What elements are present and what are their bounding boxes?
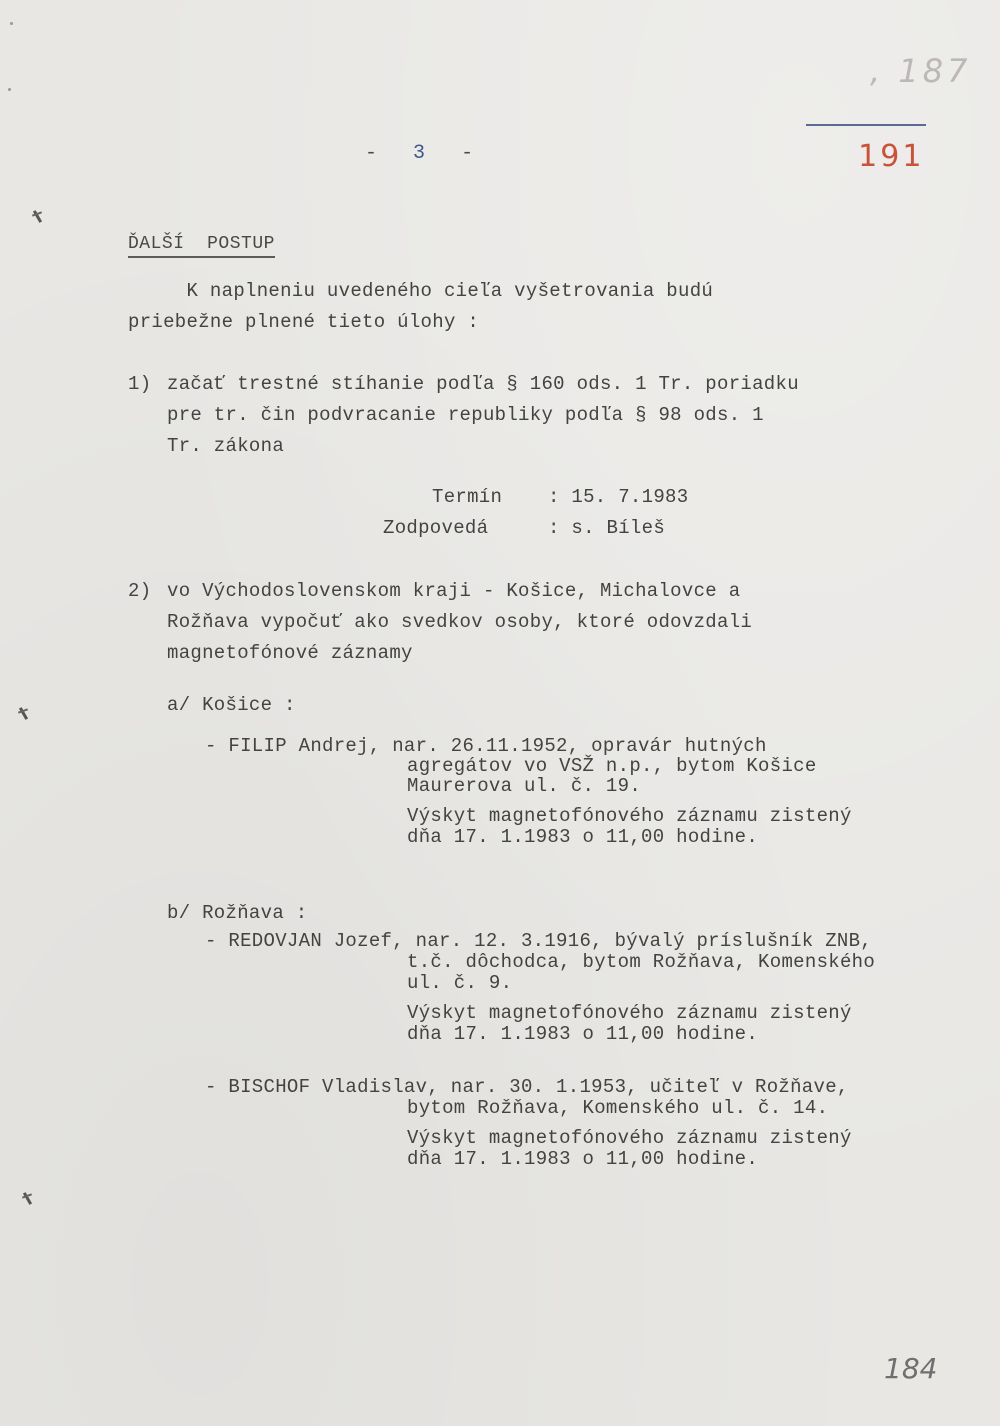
punch-mark-icon: [32, 210, 46, 224]
person-redovjan-finding-2: dňa 17. 1.1983 o 11,00 hodine.: [407, 1024, 758, 1045]
task-1-deadline-value: : 15. 7.1983: [548, 486, 688, 508]
person-redovjan-detail-2: ul. č. 9.: [407, 973, 512, 994]
page-number-dash-right: -: [461, 142, 473, 165]
task-1-line-3: Tr. zákona: [167, 435, 284, 457]
punch-mark-icon: [18, 707, 32, 721]
page-number-dash-left: -: [365, 142, 377, 165]
archive-number-bottom: 184: [884, 1352, 937, 1385]
person-bischof-finding-2: dňa 17. 1.1983 o 11,00 hodine.: [407, 1149, 758, 1170]
intro-line-1: K naplneniu uvedeného cieľa vyšetrovania…: [128, 280, 713, 302]
task-2-line-3: magnetofónové záznamy: [167, 642, 413, 664]
person-redovjan-detail-1: t.č. dôchodca, bytom Rožňava, Komenského: [407, 952, 875, 973]
page-number-digit: 3: [413, 142, 425, 165]
task-1-line-1: začať trestné stíhanie podľa § 160 ods. …: [167, 373, 799, 395]
task-2-line-2: Rožňava vypočuť ako svedkov osoby, ktoré…: [167, 611, 752, 633]
page-number: - 3 -: [365, 142, 473, 165]
person-filip-detail-1: agregátov vo VSŽ n.p., bytom Košice: [407, 756, 817, 777]
subsection-roznava-label: b/ Rožňava :: [167, 902, 307, 924]
archive-number-pencil: , 187: [870, 52, 971, 90]
archive-number-red-text: 191: [858, 139, 924, 174]
task-1-deadline-label: Termín: [432, 486, 502, 508]
person-filip-finding-1: Výskyt magnetofónového záznamu zistený: [407, 806, 852, 827]
task-1-responsible-label: Zodpovedá: [383, 517, 488, 539]
person-bischof-first-line: - BISCHOF Vladislav, nar. 30. 1.1953, uč…: [205, 1077, 849, 1098]
strikethrough-line: [806, 124, 926, 126]
task-2-number: 2): [128, 580, 151, 602]
person-filip-finding-2: dňa 17. 1.1983 o 11,00 hodine.: [407, 827, 758, 848]
task-2-line-1: vo Východoslovenskom kraji - Košice, Mic…: [167, 580, 740, 602]
person-redovjan-first-line: - REDOVJAN Jozef, nar. 12. 3.1916, býval…: [205, 931, 872, 952]
punch-mark-icon: [22, 1192, 36, 1206]
task-1-responsible-value: : s. Bíleš: [548, 517, 665, 539]
document-page: , 187 191 184 - 3 - ĎALŠÍ POSTUP K napln…: [0, 0, 1000, 1426]
person-bischof-detail-1: bytom Rožňava, Komenského ul. č. 14.: [407, 1098, 828, 1119]
person-bischof-finding-1: Výskyt magnetofónového záznamu zistený: [407, 1128, 852, 1149]
archive-number-red-struck: 191: [808, 104, 924, 244]
subsection-kosice-label: a/ Košice :: [167, 694, 296, 716]
intro-line-2: priebežne plnené tieto úlohy :: [128, 311, 479, 333]
task-1-line-2: pre tr. čin podvracanie republiky podľa …: [167, 404, 764, 426]
person-filip-first-line: - FILIP Andrej, nar. 26.11.1952, opravár…: [205, 735, 767, 757]
scan-artifact: [10, 22, 13, 25]
person-redovjan-finding-1: Výskyt magnetofónového záznamu zistený: [407, 1003, 852, 1024]
person-filip-detail-2: Maurerova ul. č. 19.: [407, 776, 641, 797]
section-heading: ĎALŠÍ POSTUP: [128, 234, 275, 258]
task-1-number: 1): [128, 373, 151, 395]
scan-artifact: [8, 88, 11, 91]
